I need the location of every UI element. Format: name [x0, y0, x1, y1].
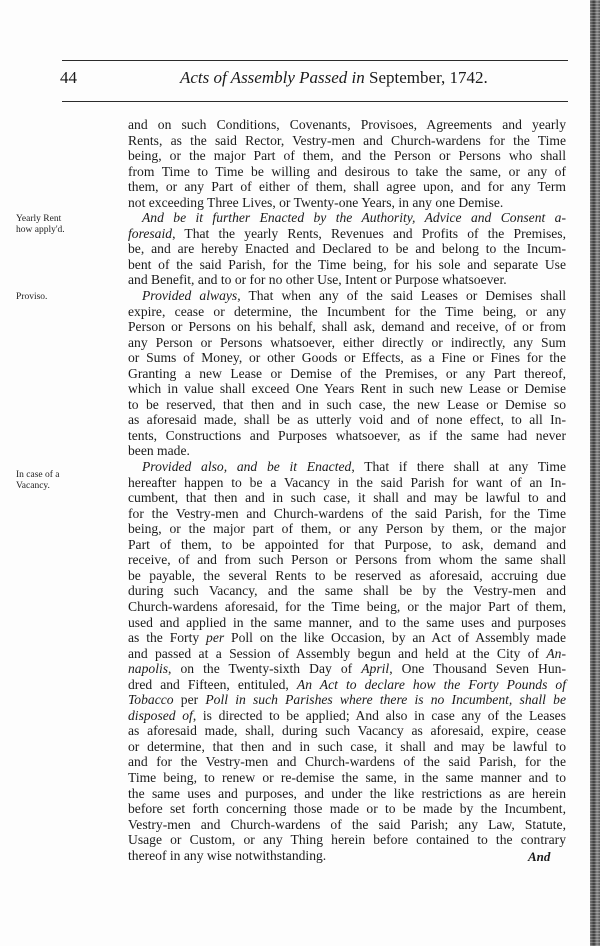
- text-run: as the Forty: [128, 630, 206, 645]
- header-rule-top: [62, 60, 568, 61]
- running-title-italic: Acts of Assembly Passed in: [180, 68, 365, 87]
- text-run: per: [174, 692, 206, 707]
- text-line: been made.: [128, 443, 566, 459]
- running-title-date: September, 1742.: [365, 68, 488, 87]
- text-line: Rents, as the said Rector, Vestry-men an…: [128, 133, 566, 149]
- text-line: which in value shall exceed One Years Re…: [128, 381, 566, 397]
- text-line: from Time to Time be willing and desirou…: [128, 164, 566, 180]
- text-run: , is directed to be applied; And also in…: [193, 708, 566, 723]
- text-line: Granting a new Lease or Demise of the Pr…: [128, 366, 566, 382]
- margin-note-proviso: Proviso.: [16, 292, 126, 303]
- text-line: Provided always, That when any of the sa…: [128, 288, 566, 304]
- text-line: or determine, that then and in such case…: [128, 739, 566, 755]
- act-title: An Act to declare how the Forty Pounds o…: [297, 677, 566, 692]
- text-run: Poll on the like Occasion, by an Act of …: [224, 630, 566, 645]
- text-line: to be reserved, that then and in such ca…: [128, 397, 566, 413]
- italic-phrase: foresaid: [128, 226, 172, 241]
- italic-phrase: napolis: [128, 661, 168, 676]
- text-line: receive, of and from such Person or Pers…: [128, 552, 566, 568]
- text-line: or Sums of Money, or other Goods or Effe…: [128, 350, 566, 366]
- text-line: for the Vestry-men and Church-wardens of…: [128, 506, 566, 522]
- text-line: disposed of, is directed to be applied; …: [128, 708, 566, 724]
- text-line: the same uses and purposes, and under th…: [128, 786, 566, 802]
- margin-note-line: Yearly Rent: [16, 214, 126, 225]
- text-run: , on the Twenty-sixth Day of: [168, 661, 361, 676]
- text-line: Usage or Custom, or any Thing herein bef…: [128, 832, 566, 848]
- margin-note-yearly-rent: Yearly Rent how apply'd.: [16, 214, 126, 236]
- text-line: Tobacco per Poll in such Parishes where …: [128, 692, 566, 708]
- text-line: before set forth concerning those made o…: [128, 801, 566, 817]
- text-line: Vestry-men and Church-wardens of the sai…: [128, 817, 566, 833]
- text-line: and passed at a Session of Assembly begu…: [128, 646, 566, 662]
- text-line: Church-wardens aforesaid, for the Time b…: [128, 599, 566, 615]
- margin-note-line: In case of a: [16, 470, 126, 481]
- act-title: disposed of: [128, 708, 193, 723]
- text-run: , One Thousand Seven Hun-: [389, 661, 566, 676]
- text-line: as aforesaid made, shall be as utterly v…: [128, 412, 566, 428]
- margin-note-line: how apply'd.: [16, 225, 126, 236]
- italic-phrase: per: [206, 630, 224, 645]
- text-line: used and applied in the same manner, and…: [128, 615, 566, 631]
- text-line: them, or any Part of either of them, sha…: [128, 179, 566, 195]
- text-line: and for the Vestry-men and Church-warden…: [128, 754, 566, 770]
- text-line: hereafter happen to be a Vacancy in the …: [128, 475, 566, 491]
- body-text: and on such Conditions, Covenants, Provi…: [128, 117, 566, 863]
- text-line: napolis, on the Twenty-sixth Day of Apri…: [128, 661, 566, 677]
- text-line: tents, Constructions and Purposes whatso…: [128, 428, 566, 444]
- text-line: foresaid, That the yearly Rents, Revenue…: [128, 226, 566, 242]
- text-line: cumbent, that then and in such case, it …: [128, 490, 566, 506]
- text-line: and Benefit, and to or for no other Use,…: [128, 272, 566, 288]
- margin-note-vacancy: In case of a Vacancy.: [16, 470, 126, 492]
- scanned-page-edge: [590, 0, 600, 946]
- running-title: Acts of Assembly Passed in September, 17…: [180, 66, 488, 90]
- text-line: not exceeding Three Lives, or Twenty-one…: [128, 195, 566, 211]
- text-line: expire, cease or determine, the Incumben…: [128, 304, 566, 320]
- catchword: And: [528, 849, 550, 865]
- text-run: , That the yearly Rents, Revenues and Pr…: [172, 226, 566, 241]
- act-title: Tobacco: [128, 692, 174, 707]
- italic-phrase: April: [361, 661, 389, 676]
- italic-phrase: Provided always: [142, 288, 237, 303]
- act-title: Poll in such Parishes where there is no …: [205, 692, 566, 707]
- margin-note-line: Vacancy.: [16, 481, 126, 492]
- text-line: being, or the major part of them, or any…: [128, 521, 566, 537]
- text-line: thereof in any wise notwithstanding.: [128, 848, 566, 864]
- text-line: bent of the said Parish, for the Time be…: [128, 257, 566, 273]
- text-line: as the Forty per Poll on the like Occasi…: [128, 630, 566, 646]
- text-line: any Person or Persons whatsoever, either…: [128, 335, 566, 351]
- page-number: 44: [60, 66, 77, 90]
- italic-phrase: Provided also, and be it Enacted: [142, 459, 351, 474]
- text-line: be payable, the several Rents to be rese…: [128, 568, 566, 584]
- italic-phrase: An-: [546, 646, 566, 661]
- text-line: Provided also, and be it Enacted, That i…: [128, 459, 566, 475]
- text-run: and passed at a Session of Assembly begu…: [128, 646, 546, 661]
- text-run: , That if there shall at any Time: [351, 459, 566, 474]
- text-line: during such Vacancy, and the same shall …: [128, 583, 566, 599]
- text-line: And be it further Enacted by the Authori…: [128, 210, 566, 226]
- text-run: dred and Fifteen, entituled,: [128, 677, 297, 692]
- text-line: dred and Fifteen, entituled, An Act to d…: [128, 677, 566, 693]
- running-head: 44 Acts of Assembly Passed in September,…: [60, 66, 568, 90]
- text-run: , That when any of the said Leases or De…: [237, 288, 566, 303]
- text-line: Part of them, to be appointed for that P…: [128, 537, 566, 553]
- text-line: being, or the major Part of them, and th…: [128, 148, 566, 164]
- text-line: and on such Conditions, Covenants, Provi…: [128, 117, 566, 133]
- text-line: Time being, to renew or re-demise the sa…: [128, 770, 566, 786]
- text-line: as aforesaid made, shall, during such Va…: [128, 723, 566, 739]
- text-line: be, and are hereby Enacted and Declared …: [128, 241, 566, 257]
- text-line: Person or Persons on his behalf, shall a…: [128, 319, 566, 335]
- header-rule-bottom: [62, 101, 568, 102]
